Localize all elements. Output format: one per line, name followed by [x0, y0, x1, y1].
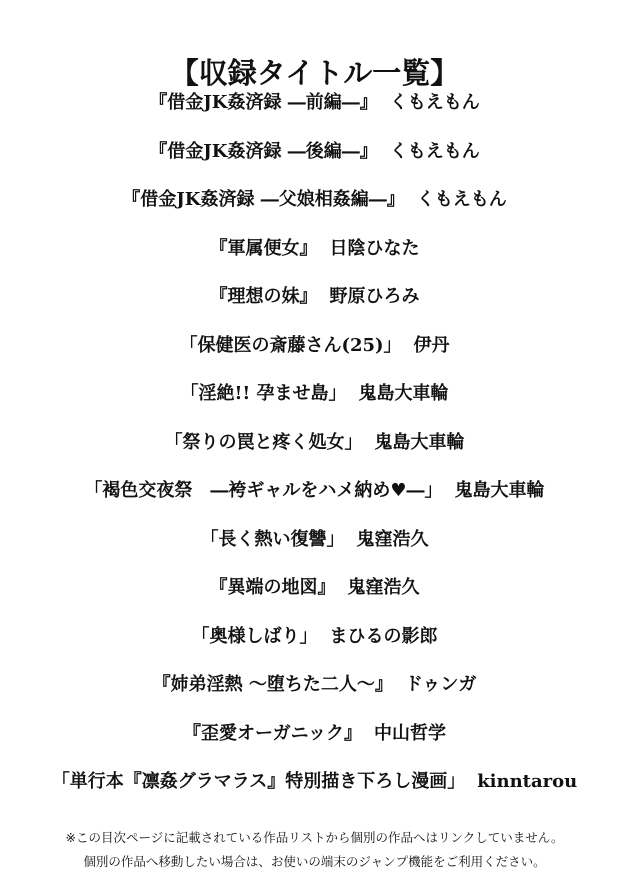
contents-entry: 『理想の妹』野原ひろみ [0, 280, 629, 329]
work-title: 「褐色交夜祭 ―袴ギャルをハメ納め♥―」 [84, 480, 442, 501]
author-name: 野原ひろみ [330, 286, 420, 307]
author-name: 中山哲学 [374, 723, 446, 744]
author-name: 鬼窪浩久 [357, 529, 429, 550]
work-title: 「奥様しばり」 [192, 626, 318, 647]
contents-entry: 『軍属便女』日陰ひなた [0, 232, 629, 281]
work-title: 「長く熱い復讐」 [201, 529, 345, 550]
work-title: 「淫絶!! 孕ませ島」 [180, 383, 346, 404]
contents-entry: 「保健医の斎藤さん(25)」伊丹 [0, 329, 629, 378]
author-name: くもえもん [390, 92, 480, 113]
contents-entry: 『借金JK姦済録 ―後編―』くもえもん [0, 135, 629, 184]
contents-entry: 「奥様しばり」まひるの影郎 [0, 620, 629, 669]
author-name: 鬼窪浩久 [348, 577, 420, 598]
work-title: 『姉弟淫熱 ～堕ちた二人～』 [153, 674, 393, 695]
contents-entry: 『借金JK姦済録 ―前編―』くもえもん [0, 86, 629, 135]
contents-entry: 『歪愛オーガニック』中山哲学 [0, 717, 629, 766]
work-title: 「祭りの罠と疼く処女」 [165, 432, 363, 453]
work-title: 『軍属便女』 [210, 238, 318, 259]
work-title: 『理想の妹』 [210, 286, 318, 307]
contents-entry: 『異端の地図』鬼窪浩久 [0, 571, 629, 620]
work-title: 『歪愛オーガニック』 [183, 723, 362, 744]
author-name: くもえもん [417, 189, 507, 210]
work-title: 『異端の地図』 [210, 577, 336, 598]
contents-list: 『借金JK姦済録 ―前編―』くもえもん 『借金JK姦済録 ―後編―』くもえもん … [0, 86, 629, 814]
work-title: 『借金JK姦済録 ―後編―』 [149, 141, 377, 162]
link-disclaimer-note: ※この目次ページに記載されている作品リストから個別の作品へはリンクしていません。 [0, 829, 629, 847]
contents-entry: 「淫絶!! 孕ませ島」鬼島大車輪 [0, 377, 629, 426]
author-name: くもえもん [390, 141, 480, 162]
jump-function-note: 個別の作品へ移動したい場合は、お使いの端末のジャンプ機能をご利用ください。 [0, 853, 629, 871]
author-name: 伊丹 [414, 335, 450, 356]
work-title: 『借金JK姦済録 ―前編―』 [149, 92, 377, 113]
contents-entry: 「祭りの罠と疼く処女」鬼島大車輪 [0, 426, 629, 475]
contents-entry: 「単行本『凛姦グラマラス』特別描き下ろし漫画」kinntarou [0, 765, 629, 814]
author-name: 鬼島大車輪 [455, 480, 545, 501]
contents-entry: 「褐色交夜祭 ―袴ギャルをハメ納め♥―」鬼島大車輪 [0, 474, 629, 523]
author-name: 日陰ひなた [330, 238, 420, 259]
work-title: 『借金JK姦済録 ―父娘相姦編―』 [122, 189, 404, 210]
contents-entry: 『借金JK姦済録 ―父娘相姦編―』くもえもん [0, 183, 629, 232]
author-name: 鬼島大車輪 [375, 432, 465, 453]
author-name: まひるの影郎 [330, 626, 438, 647]
contents-entry: 「長く熱い復讐」鬼窪浩久 [0, 523, 629, 572]
work-title: 「保健医の斎藤さん(25)」 [179, 335, 401, 356]
work-title: 「単行本『凛姦グラマラス』特別描き下ろし漫画」 [52, 771, 465, 792]
contents-entry: 『姉弟淫熱 ～堕ちた二人～』ドゥンガ [0, 668, 629, 717]
author-name: ドゥンガ [405, 674, 477, 695]
author-name: 鬼島大車輪 [359, 383, 449, 404]
author-name: kinntarou [477, 771, 577, 792]
